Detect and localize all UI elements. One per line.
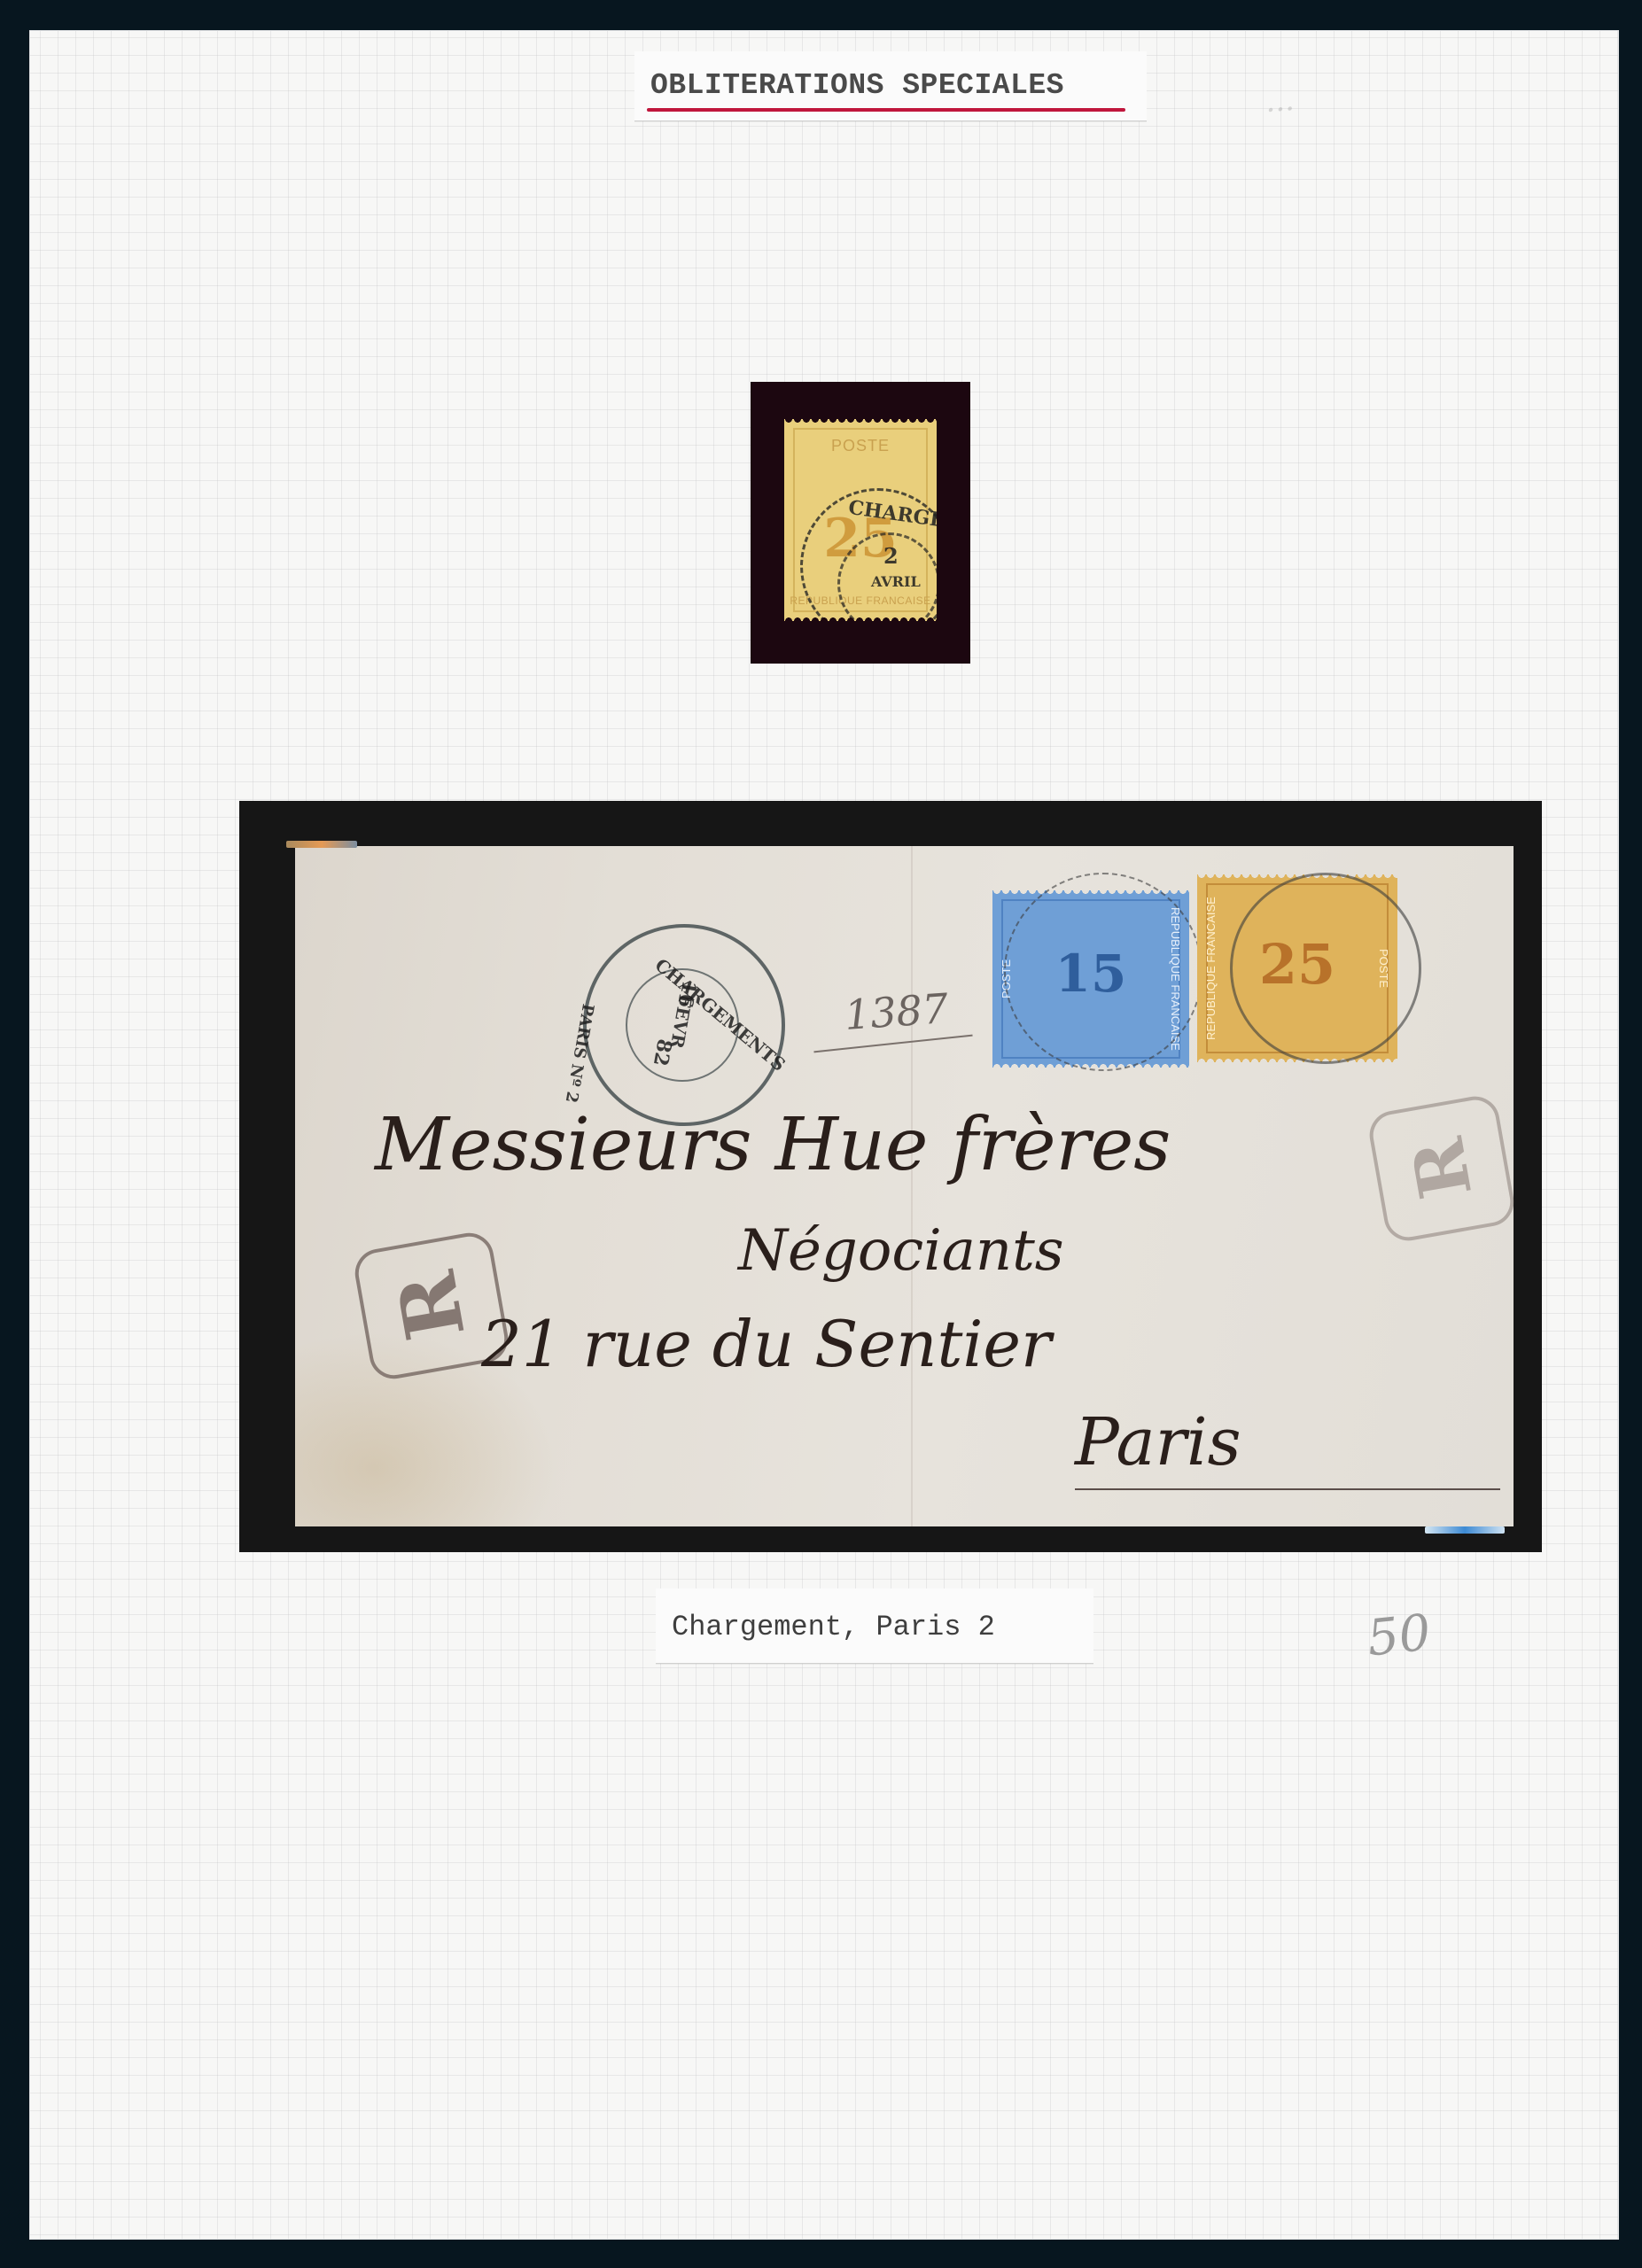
mount-corner-br bbox=[1425, 1526, 1505, 1534]
cds-day: 2 bbox=[883, 543, 899, 569]
caption-label: Chargement, Paris 2 bbox=[656, 1588, 1093, 1664]
docket-underline bbox=[813, 1035, 972, 1053]
faint-pencil-note: ... bbox=[1265, 82, 1296, 120]
page-title: OBLITERATIONS SPECIALES bbox=[650, 69, 1064, 102]
stamp-cds-1 bbox=[1004, 873, 1202, 1071]
datestamp-bottom-text: PARIS Nº 2 bbox=[562, 1002, 597, 1104]
pencil-price: 50 bbox=[1365, 1604, 1434, 1667]
address-line-3: 21 rue du Sentier bbox=[481, 1307, 1051, 1381]
address-line-1: Messieurs Hue frères bbox=[375, 1103, 1171, 1187]
page-title-label: OBLITERATIONS SPECIALES bbox=[634, 51, 1147, 121]
stamp-poste-label: POSTE bbox=[784, 437, 937, 455]
datestamp-year: 82 bbox=[649, 1037, 676, 1068]
registered-cover[interactable]: CHARGEMENTS PARIS Nº 2 16 FEVR 82 1387 P… bbox=[295, 846, 1514, 1526]
registration-mark-right: R bbox=[1366, 1092, 1517, 1244]
chargements-datestamp: CHARGEMENTS PARIS Nº 2 16 FEVR 82 bbox=[583, 924, 785, 1126]
single-stamp-mount: POSTE 25 REPUBLIQUE FRANCAISE CHARGEM 2 … bbox=[751, 382, 970, 664]
address-line-4: Paris bbox=[1075, 1404, 1241, 1480]
mount-corner-tl bbox=[286, 841, 357, 848]
album-page: OBLITERATIONS SPECIALES ... POSTE 25 REP… bbox=[29, 30, 1619, 2240]
title-underline bbox=[647, 108, 1125, 112]
cds-month: AVRIL bbox=[871, 573, 921, 590]
address-underline bbox=[1075, 1488, 1500, 1490]
docket-number: 1387 bbox=[843, 984, 950, 1039]
stamp-cds-2 bbox=[1230, 873, 1421, 1064]
single-stamp-25c[interactable]: POSTE 25 REPUBLIQUE FRANCAISE CHARGEM 2 … bbox=[784, 419, 937, 621]
caption-text: Chargement, Paris 2 bbox=[672, 1611, 995, 1643]
address-line-2: Négociants bbox=[738, 1218, 1064, 1284]
